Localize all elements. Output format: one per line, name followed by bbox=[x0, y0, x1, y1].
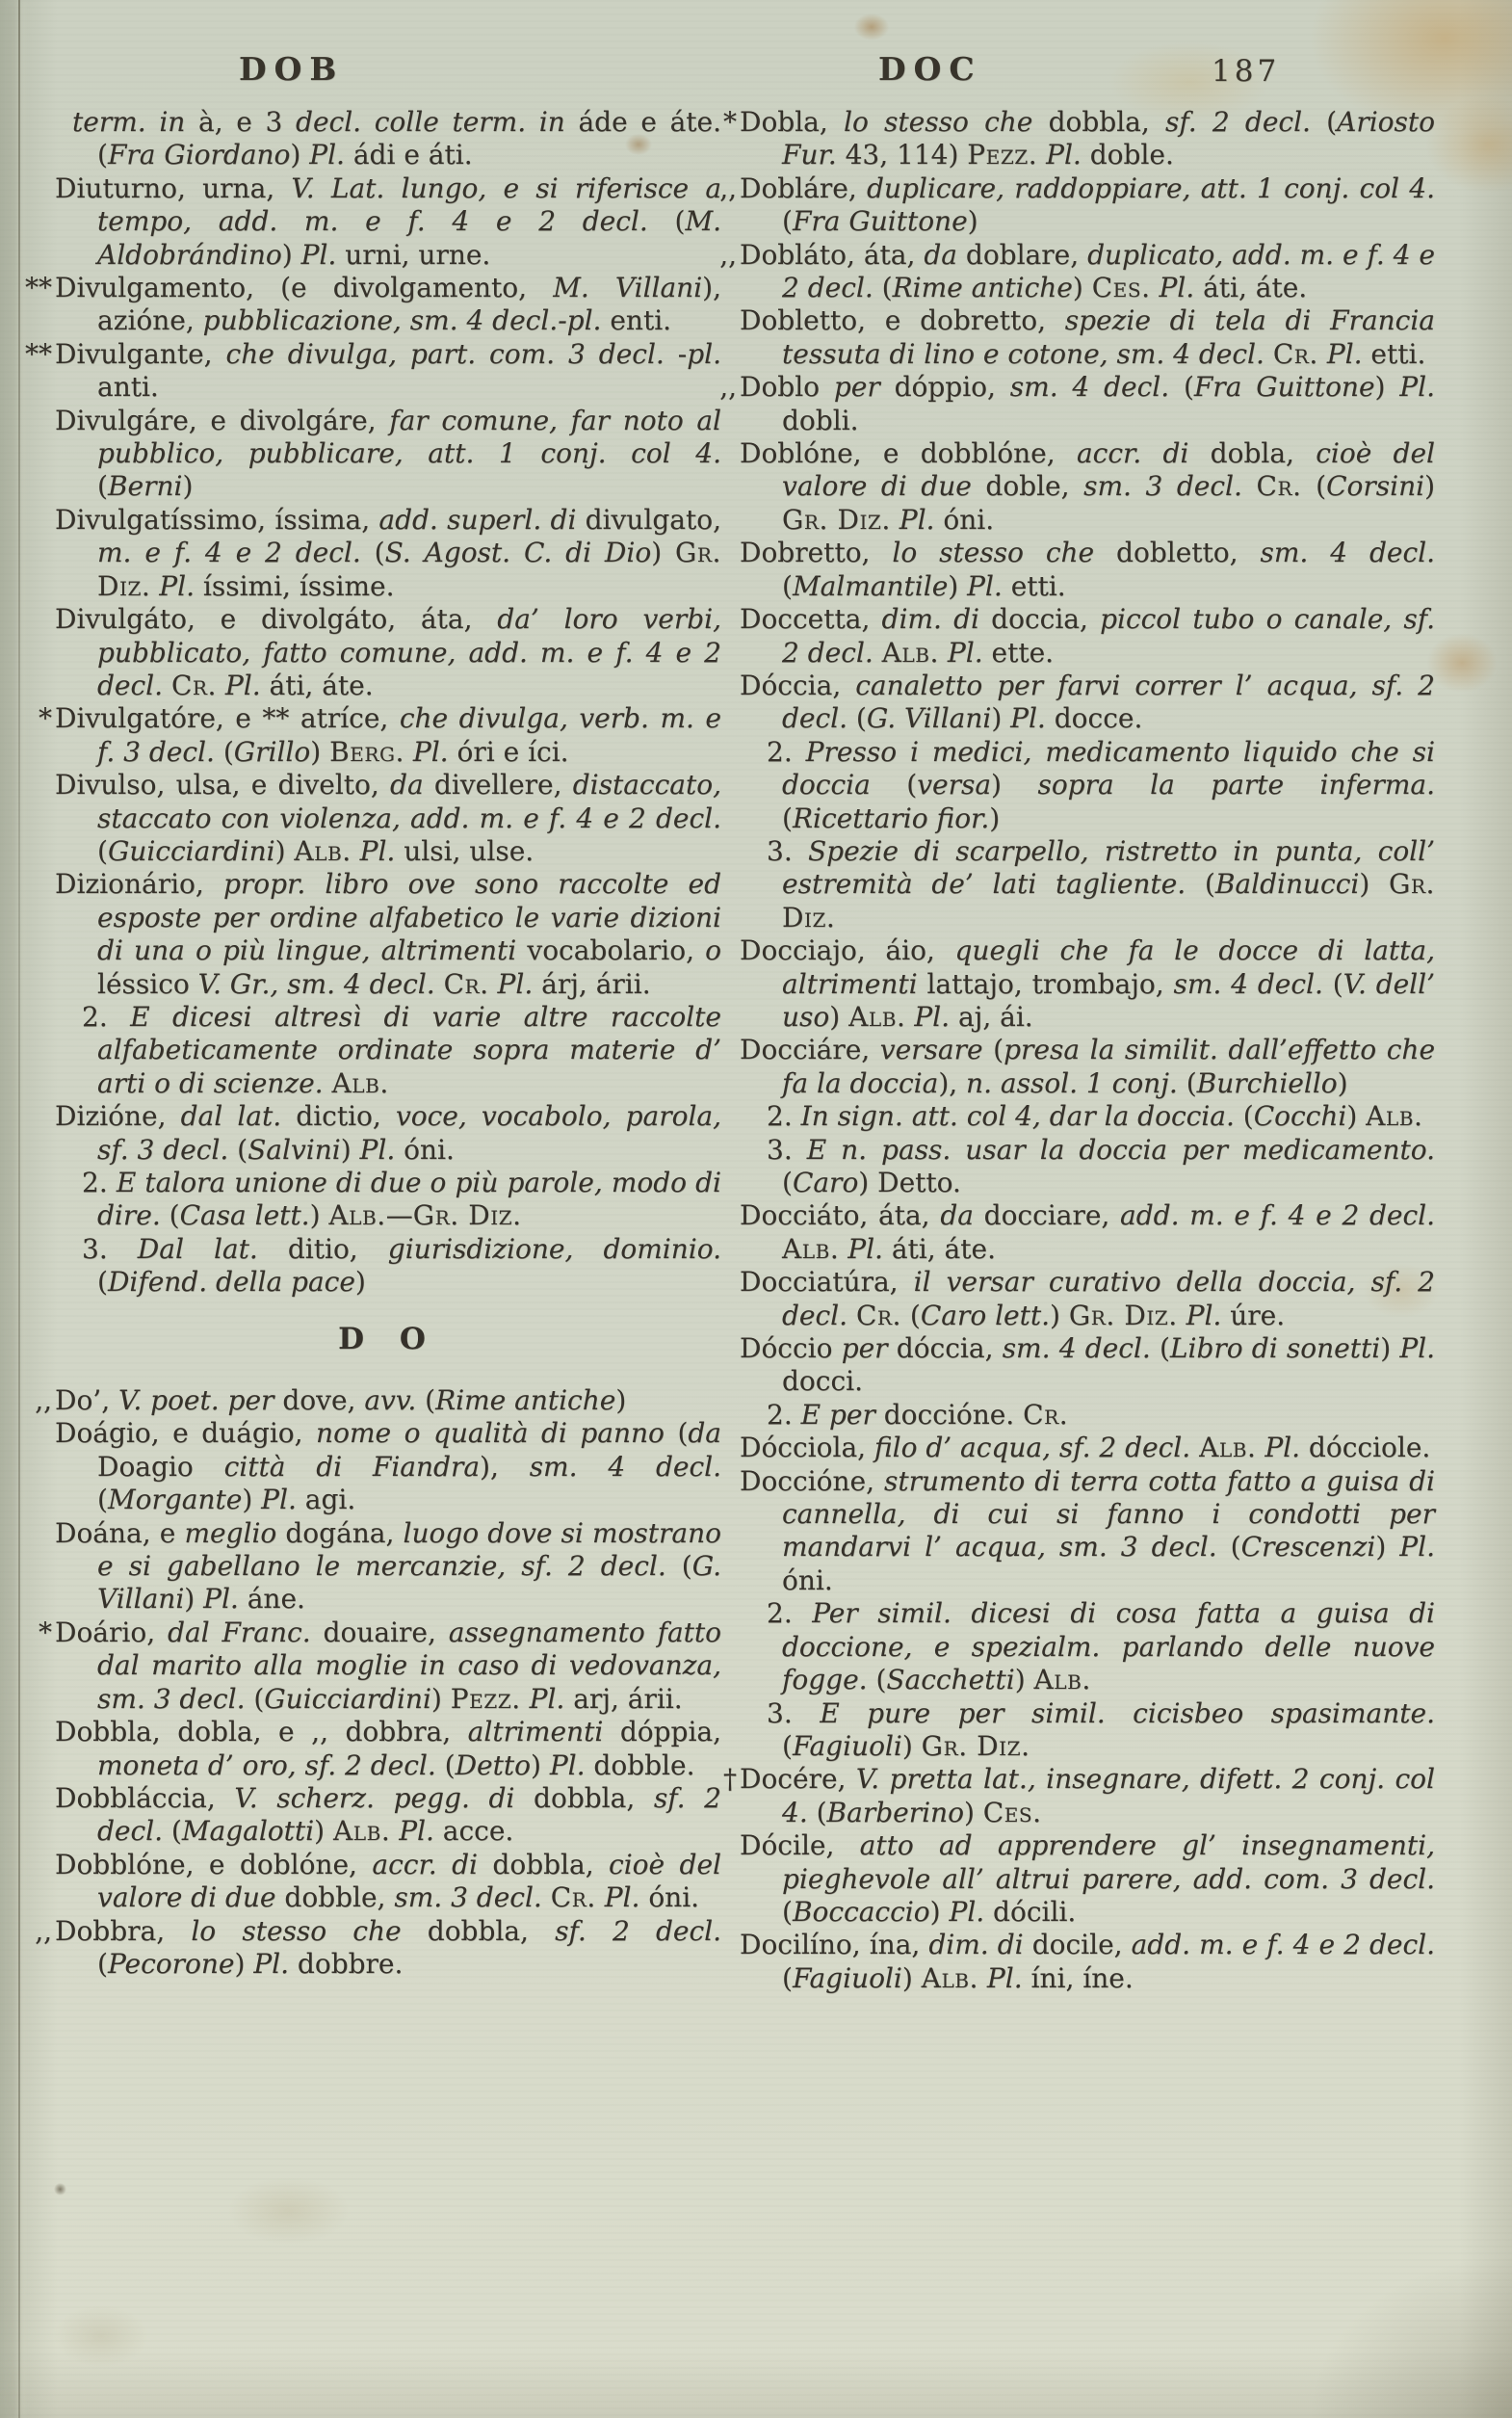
text-run: Doário, bbox=[55, 1616, 168, 1648]
definition-text: Dal lat. bbox=[138, 1233, 258, 1265]
headword-marker: ,, bbox=[719, 239, 740, 272]
text-run: ulsi, ulse. bbox=[395, 835, 534, 867]
text-run: ( bbox=[666, 1550, 692, 1582]
definition-text: Pl. bbox=[550, 1749, 586, 1781]
definition-text: Malmantile bbox=[793, 570, 948, 602]
text-run: Doagio bbox=[97, 1451, 224, 1483]
definition-text: lo stesso che bbox=[191, 1915, 401, 1947]
text-run: ( bbox=[983, 1034, 1004, 1065]
text-run bbox=[1190, 1432, 1199, 1463]
authority-abbrev: Gr. Diz. bbox=[413, 1199, 522, 1231]
authority-abbrev: Cr. bbox=[444, 968, 489, 1000]
definition-text: sopra la parte inferma. bbox=[1037, 769, 1435, 801]
authority-abbrev: Gr. Diz. bbox=[1069, 1300, 1178, 1331]
text-run: ) bbox=[310, 736, 329, 768]
definition-text: Pl. bbox=[1046, 139, 1082, 171]
definition-text: Guicciardini bbox=[264, 1683, 431, 1715]
definition-text: sm. 4 decl. bbox=[1260, 537, 1435, 568]
text-run: divulgato, bbox=[576, 504, 721, 536]
running-head-right: DOC bbox=[878, 50, 982, 88]
dictionary-entry: Doblóne, e dobblóne, accr. di dobla, cio… bbox=[740, 437, 1435, 537]
text-run: ( bbox=[782, 205, 793, 237]
text-run: ( bbox=[847, 702, 867, 734]
text-run: ( bbox=[782, 1730, 793, 1762]
definition-text: V. poet. per bbox=[118, 1384, 274, 1416]
text-run: ) bbox=[314, 1815, 333, 1847]
definition-text: giurisdizione, dominio. bbox=[388, 1233, 721, 1265]
text-run: Divulso, ulsa, e divelto, bbox=[55, 769, 390, 801]
definition-text: da bbox=[390, 769, 424, 801]
text-run: ( bbox=[215, 736, 234, 768]
text-run: — bbox=[386, 1199, 413, 1231]
text-run: divellere, bbox=[424, 769, 573, 801]
definition-text: Caro bbox=[793, 1167, 858, 1198]
text-run: Divulgamento, (e divolgamento, bbox=[55, 272, 553, 303]
text-run: dobbla, bbox=[478, 1849, 609, 1880]
text-run: ) bbox=[930, 1896, 950, 1928]
text-run: óni. bbox=[934, 504, 994, 536]
authority-abbrev: Cr. bbox=[856, 1300, 901, 1331]
text-run: à, e 3 bbox=[185, 106, 296, 138]
dictionary-entry: Docciáre, versare (presa la similit. dal… bbox=[740, 1034, 1435, 1100]
sense-paragraph: 2. Per simil. dicesi di cosa fatta a gui… bbox=[740, 1597, 1435, 1696]
text-run: ) bbox=[1424, 470, 1435, 502]
text-run: dobble. bbox=[586, 1749, 695, 1781]
definition-text: E per bbox=[801, 1399, 875, 1431]
dictionary-entry: Doccióne, strumento di terra cotta fatto… bbox=[740, 1465, 1435, 1598]
definition-text: Pl. bbox=[605, 1881, 640, 1913]
authority-abbrev: Berg. bbox=[329, 736, 404, 768]
text-run: ( bbox=[665, 1417, 688, 1449]
definition-text: Fagiuoli bbox=[793, 1962, 902, 1994]
text-run bbox=[435, 968, 444, 1000]
definition-text: E n. pass. usar la doccia per medicament… bbox=[807, 1134, 1435, 1166]
text-run: doble. bbox=[1082, 139, 1174, 171]
dictionary-entry: Doccetta, dim. di doccia, piccol tubo o … bbox=[740, 603, 1435, 670]
text-run: áti, áte. bbox=[883, 1233, 996, 1265]
dictionary-entry: Dócciola, filo d’ acqua, sf. 2 decl. Alb… bbox=[740, 1432, 1435, 1464]
text-run: Docciajo, áio, bbox=[740, 934, 954, 966]
text-run: ( bbox=[97, 1948, 108, 1980]
definition-text: G. Villani bbox=[867, 702, 991, 734]
text-run bbox=[596, 1881, 605, 1913]
text-run: dobbla, bbox=[514, 1782, 654, 1814]
definition-text: Morgante bbox=[108, 1484, 242, 1515]
text-run: ) bbox=[964, 1797, 983, 1828]
text-run: ( bbox=[436, 1749, 456, 1781]
text-run: ( bbox=[163, 1815, 182, 1847]
text-run: acce. bbox=[434, 1815, 513, 1847]
definition-text: atto ad apprendere gl’ insegnamenti, pie… bbox=[782, 1829, 1435, 1894]
text-run bbox=[891, 504, 899, 536]
text-run: ) bbox=[651, 537, 675, 568]
text-run: Divulgáre, e divolgáre, bbox=[55, 405, 389, 436]
text-run: Dóccia, bbox=[740, 670, 855, 701]
text-run: ) bbox=[184, 1583, 203, 1615]
text-run bbox=[1178, 1300, 1186, 1331]
text-run: Docére, bbox=[740, 1763, 856, 1795]
text-run: dogána, bbox=[276, 1517, 403, 1549]
definition-text: V. scherz. pegg. di bbox=[234, 1782, 514, 1814]
text-run bbox=[217, 670, 225, 701]
text-run: ) Detto. bbox=[858, 1167, 961, 1198]
definition-text: da bbox=[688, 1417, 721, 1449]
text-run: ( bbox=[808, 1797, 827, 1828]
text-run: ) bbox=[615, 1384, 626, 1416]
definition-text: Pl. bbox=[203, 1583, 239, 1615]
sense-paragraph: 2. In sign. att. col 4, dar la doccia. (… bbox=[740, 1100, 1435, 1133]
headword-marker: ** bbox=[25, 272, 55, 304]
text-run: óni. bbox=[639, 1881, 699, 1913]
text-run: óri e íci. bbox=[449, 736, 569, 768]
text-run: Dóccio bbox=[740, 1332, 842, 1364]
headword-marker: ,, bbox=[35, 1384, 55, 1417]
sense-paragraph: 3. Dal lat. ditio, giurisdizione, domini… bbox=[55, 1233, 721, 1300]
definition-text: Salvini bbox=[248, 1134, 341, 1166]
text-run: Divulgante, bbox=[55, 338, 226, 370]
definition-text: pl. bbox=[687, 338, 721, 370]
text-run: ( bbox=[1217, 1531, 1241, 1563]
text-run: ( bbox=[361, 537, 385, 568]
text-run: ( bbox=[1302, 470, 1327, 502]
definition-text: Fra Giordano bbox=[108, 139, 290, 171]
definition-text: duplicare, raddoppiare, att. 1 conj. col… bbox=[867, 172, 1435, 204]
dictionary-entry: Dóccio per dóccia, sm. 4 decl. (Libro di… bbox=[740, 1332, 1435, 1399]
text-run: ( bbox=[1178, 1067, 1197, 1099]
definition-text: Pl. bbox=[1264, 1432, 1300, 1463]
text-run: douaire, bbox=[311, 1616, 449, 1648]
dictionary-entry: ,,Dobláto, áta, da doblare, duplicato, a… bbox=[740, 239, 1435, 305]
dictionary-entry: Dobbla, dobla, e ,, dobbra, altrimenti d… bbox=[55, 1716, 721, 1782]
definition-text: Casa lett. bbox=[180, 1199, 310, 1231]
text-run: docile, bbox=[1024, 1929, 1132, 1960]
text-run: ) bbox=[431, 1683, 451, 1715]
text-run: ) bbox=[182, 470, 193, 502]
text-run bbox=[1318, 338, 1327, 370]
text-run: Dócciola, bbox=[740, 1432, 874, 1463]
text-run bbox=[352, 835, 360, 867]
text-run: ) bbox=[989, 802, 1000, 834]
dictionary-entry: †Docére, V. pretta lat., insegnare, dife… bbox=[740, 1763, 1435, 1829]
text-run: anti. bbox=[97, 371, 159, 403]
text-run: Doágio, e duágio, bbox=[55, 1417, 316, 1449]
text-run: Do’, bbox=[55, 1384, 118, 1416]
definition-text: decl. colle term. in bbox=[296, 106, 565, 138]
definition-text: term. in bbox=[72, 106, 185, 138]
authority-abbrev: Alb. bbox=[333, 1815, 390, 1847]
authority-abbrev: Cr. bbox=[1023, 1399, 1068, 1431]
text-run: ( bbox=[228, 1134, 248, 1166]
definition-text: n. assol. 1 conj. bbox=[966, 1067, 1178, 1099]
text-run: 2. bbox=[767, 736, 806, 768]
text-run bbox=[542, 1881, 551, 1913]
text-run: óni. bbox=[782, 1564, 833, 1596]
sense-paragraph: 2. E talora unione di due o più parole, … bbox=[55, 1167, 721, 1233]
running-head-left: DOB bbox=[239, 50, 344, 88]
text-run: ) bbox=[1338, 1067, 1348, 1099]
definition-text: Caro lett. bbox=[921, 1300, 1050, 1331]
dictionary-entry: Docciajo, áio, quegli che fa le docce di… bbox=[740, 934, 1435, 1034]
definition-text: Pl. bbox=[987, 1962, 1023, 1994]
definition-text: Pl. bbox=[360, 835, 396, 867]
definition-text: Pl. bbox=[309, 139, 345, 171]
definition-text: sm. 4 decl. bbox=[1174, 968, 1323, 1000]
text-run: Docciatúra, bbox=[740, 1266, 914, 1298]
headword-marker: ** bbox=[25, 338, 55, 371]
text-run bbox=[873, 637, 882, 669]
sense-paragraph: 3. E n. pass. usar la doccia per medicam… bbox=[740, 1134, 1435, 1200]
text-run: ) bbox=[1050, 1300, 1069, 1331]
text-run: docciare, bbox=[974, 1199, 1120, 1231]
text-run: lattajo, trombajo, bbox=[918, 968, 1174, 1000]
text-run: Dócile, bbox=[740, 1829, 860, 1861]
text-run: ) bbox=[968, 205, 978, 237]
text-run: Dobbláccia, bbox=[55, 1782, 234, 1814]
definition-text: Pl. bbox=[1159, 272, 1194, 303]
text-run: ) bbox=[948, 570, 967, 602]
text-run: enti. bbox=[601, 304, 671, 336]
definition-text: accr. di bbox=[1077, 437, 1188, 469]
definition-text: Rime antiche bbox=[893, 272, 1073, 303]
text-run: ( bbox=[782, 1896, 793, 1928]
text-run: ) bbox=[902, 1730, 922, 1762]
text-run: Doblo bbox=[740, 371, 834, 403]
dictionary-entry: Doágio, e duágio, nome o qualità di pann… bbox=[55, 1417, 721, 1516]
text-run: ( bbox=[901, 1300, 921, 1331]
section-heading: D O bbox=[55, 1323, 721, 1355]
headword-marker: * bbox=[39, 1616, 55, 1649]
text-run: ) bbox=[242, 1484, 261, 1515]
text-run: aj, ái. bbox=[950, 1001, 1033, 1033]
dictionary-entry: Divulgáto, e divolgáto, áta, da’ loro ve… bbox=[55, 603, 721, 702]
text-run: ( bbox=[868, 1664, 887, 1695]
headword-marker: ,, bbox=[719, 371, 740, 404]
definition-text: Pl. bbox=[948, 637, 983, 669]
definition-text: sf. 2 decl. bbox=[555, 1915, 721, 1947]
text-run: Divulgáto, e divolgáto, áta, bbox=[55, 603, 497, 635]
dictionary-entry: Docilíno, ína, dim. di docile, add. m. e… bbox=[740, 1929, 1435, 1995]
definition-text: sm. 4 decl. bbox=[1003, 1332, 1151, 1364]
ink-speck bbox=[54, 2183, 66, 2195]
authority-abbrev: Alb. bbox=[1034, 1664, 1091, 1695]
definition-text: per bbox=[834, 371, 880, 403]
text-run: 3. bbox=[767, 1134, 807, 1166]
definition-text: Sacchetti bbox=[886, 1664, 1014, 1695]
definition-text: Fra Guittone bbox=[793, 205, 968, 237]
definition-text: Difend. della pace bbox=[108, 1266, 355, 1298]
text-run: dócili. bbox=[984, 1896, 1076, 1928]
text-run bbox=[1037, 139, 1046, 171]
text-run: dócciole. bbox=[1300, 1432, 1430, 1463]
text-run: dobla, bbox=[1188, 437, 1316, 469]
text-run: Divulgatóre, e ** atríce, bbox=[55, 702, 400, 734]
definition-text: add. m. e f. 4 e 2 decl. bbox=[1120, 1199, 1435, 1231]
definition-text: nome o qualità di panno bbox=[316, 1417, 665, 1449]
definition-text: dim. di bbox=[882, 603, 979, 635]
text-run: ádi e áti. bbox=[345, 139, 473, 171]
definition-text: Pl. bbox=[1399, 1531, 1435, 1563]
authority-abbrev: Cr. bbox=[171, 670, 217, 701]
definition-text: In sign. att. col 4, dar la doccia. bbox=[801, 1100, 1235, 1132]
text-run: D O bbox=[338, 1322, 438, 1356]
text-run bbox=[150, 570, 159, 602]
text-run: dove, bbox=[274, 1384, 364, 1416]
text-run bbox=[978, 1962, 987, 1994]
text-run: dobbre. bbox=[289, 1948, 403, 1980]
authority-abbrev: Alb. bbox=[294, 835, 351, 867]
text-run: áne. bbox=[239, 1583, 305, 1615]
sense-paragraph: 3. Spezie di scarpello, ristretto in pun… bbox=[740, 835, 1435, 934]
text-run: ( bbox=[97, 470, 108, 502]
sense-paragraph: 2. E dicesi altresì di varie altre racco… bbox=[55, 1001, 721, 1100]
text-run: vocabolario, bbox=[516, 934, 705, 966]
dictionary-entry: Diuturno, urna, V. Lat. lungo, e si rife… bbox=[55, 172, 721, 272]
definition-text: per bbox=[842, 1332, 888, 1364]
dictionary-entry: *Doário, dal Franc. douaire, assegnament… bbox=[55, 1616, 721, 1716]
definition-text: Pl. bbox=[847, 1233, 883, 1265]
text-run: ( bbox=[97, 1266, 108, 1298]
sense-paragraph: 2. Presso i medici, medicamento liquido … bbox=[740, 736, 1435, 835]
text-run: Dobláto, áta, bbox=[740, 239, 924, 271]
definition-text: meglio bbox=[184, 1517, 276, 1549]
text-run: dobletto, bbox=[1094, 537, 1260, 568]
text-run: ( bbox=[871, 769, 917, 801]
text-run: dobli. bbox=[782, 405, 859, 436]
text-run: ) bbox=[1015, 1664, 1034, 1695]
text-run: Dobretto, bbox=[740, 537, 892, 568]
definition-text: Magalotti bbox=[182, 1815, 314, 1847]
text-run: ( bbox=[97, 835, 108, 867]
authority-abbrev: Alb. bbox=[848, 1001, 905, 1033]
text-run: íni, íne. bbox=[1023, 1962, 1134, 1994]
text-run: doccióne. bbox=[875, 1399, 1023, 1431]
text-run bbox=[939, 637, 948, 669]
text-run: Dobletto, e dobretto, bbox=[740, 304, 1065, 336]
dictionary-entry: Doána, e meglio dogána, luogo dove si mo… bbox=[55, 1517, 721, 1616]
definition-text: Burchiello bbox=[1197, 1067, 1338, 1099]
page: DOB DOC 187 term. in à, e 3 decl. colle … bbox=[0, 0, 1512, 2418]
text-run: úre. bbox=[1221, 1300, 1285, 1331]
text-run: ( bbox=[1151, 1332, 1170, 1364]
definition-text: Grillo bbox=[234, 736, 310, 768]
authority-abbrev: Cr. bbox=[1257, 470, 1302, 502]
authority-abbrev: Alb. bbox=[782, 1233, 839, 1265]
definition-text: versa bbox=[917, 769, 991, 801]
definition-text: sf. 2 decl. bbox=[1165, 106, 1311, 138]
definition-text: add. m. e f. 4 e 2 decl. bbox=[1132, 1929, 1435, 1960]
text-run bbox=[163, 670, 171, 701]
authority-abbrev: Alb. bbox=[331, 1067, 388, 1099]
headword-marker: ,, bbox=[719, 172, 740, 205]
authority-abbrev: Pezz. bbox=[451, 1683, 521, 1715]
definition-text: Pl. bbox=[967, 570, 1003, 602]
text-run: etti. bbox=[1003, 570, 1066, 602]
definition-text: sm. 4 decl. bbox=[1010, 371, 1169, 403]
dictionary-entry: Dobbláccia, V. scherz. pegg. di dobbla, … bbox=[55, 1782, 721, 1849]
definition-text: Rime antiche bbox=[435, 1384, 615, 1416]
text-run: ( bbox=[161, 1199, 180, 1231]
dictionary-entry: Dóccia, canaletto per farvi correr l’ ac… bbox=[740, 670, 1435, 736]
text-run bbox=[390, 1815, 399, 1847]
continuation-paragraph: term. in à, e 3 decl. colle term. in áde… bbox=[55, 106, 721, 172]
text-run: ette. bbox=[983, 637, 1054, 669]
definition-text: Pl. bbox=[261, 1484, 297, 1515]
text-run: ) bbox=[290, 139, 309, 171]
text-run: ) bbox=[1375, 1531, 1399, 1563]
sense-paragraph: 2. E per doccióne. Cr. bbox=[740, 1399, 1435, 1432]
definition-text: S. Agost. C. di Dio bbox=[385, 537, 652, 568]
authority-abbrev: Alb. bbox=[1366, 1100, 1422, 1132]
text-run: ( bbox=[1186, 868, 1215, 900]
text-run: docci. bbox=[782, 1365, 863, 1397]
authority-abbrev: Cr. bbox=[1273, 338, 1318, 370]
text-run: dictio, bbox=[281, 1100, 396, 1132]
definition-text: Boccaccio bbox=[793, 1896, 930, 1928]
definition-text: città di Fiandra bbox=[224, 1451, 480, 1483]
definition-text: Libro di sonetti bbox=[1170, 1332, 1380, 1364]
text-run: léssico bbox=[97, 968, 198, 1000]
authority-abbrev: Pezz. bbox=[967, 139, 1037, 171]
definition-text: dim. di bbox=[928, 1929, 1023, 1960]
definition-text: pubblicazione, sm. 4 decl.-pl. bbox=[203, 304, 602, 336]
text-run: ) bbox=[1380, 1332, 1399, 1364]
text-run: 2. bbox=[767, 1597, 812, 1629]
authority-abbrev: Ces. bbox=[1092, 272, 1151, 303]
page-gutter-edge bbox=[18, 0, 20, 2418]
text-run: ) bbox=[829, 1001, 848, 1033]
authority-abbrev: Alb. bbox=[328, 1199, 385, 1231]
text-run: Dizionário, bbox=[55, 868, 223, 900]
text-run: Docilíno, ína, bbox=[740, 1929, 928, 1960]
text-run: dobbla, bbox=[402, 1915, 556, 1947]
dictionary-entry: Dobblóne, e doblóne, accr. di dobbla, ci… bbox=[55, 1849, 721, 1915]
text-run: ( bbox=[782, 802, 793, 834]
definition-text: E dicesi altresì di varie altre raccolte… bbox=[97, 1001, 721, 1099]
definition-text: m. e f. 4 e 2 decl. bbox=[97, 537, 361, 568]
definition-text: versare bbox=[880, 1034, 983, 1065]
dictionary-entry: Docciatúra, il versar curativo della doc… bbox=[740, 1266, 1435, 1332]
text-run: dobbla, bbox=[1032, 106, 1165, 138]
definition-text: avv. bbox=[364, 1384, 416, 1416]
text-run: ) bbox=[1073, 272, 1092, 303]
text-run: - bbox=[665, 338, 687, 370]
dictionary-entry: Docciáto, áta, da docciare, add. m. e f.… bbox=[740, 1199, 1435, 1266]
definition-text: altrimenti bbox=[468, 1716, 604, 1748]
definition-text: accr. di bbox=[372, 1849, 478, 1880]
text-run: íssimi, íssime. bbox=[195, 570, 395, 602]
definition-text: o bbox=[705, 934, 721, 966]
definition-text: Barberino bbox=[827, 1797, 964, 1828]
text-run: Doccióne, bbox=[740, 1465, 884, 1497]
text-run: áti, áte. bbox=[1194, 272, 1307, 303]
definition-text: Pl. bbox=[914, 1001, 950, 1033]
text-run: ( bbox=[1323, 968, 1343, 1000]
definition-text: dal lat. bbox=[181, 1100, 282, 1132]
text-run: ) bbox=[1375, 371, 1400, 403]
definition-text: Pl. bbox=[1327, 338, 1363, 370]
definition-text: Pl. bbox=[1010, 702, 1046, 734]
text-run: Divulgatíssimo, íssima, bbox=[55, 504, 378, 536]
definition-text: Pl. bbox=[225, 670, 261, 701]
text-run: Dizióne, bbox=[55, 1100, 181, 1132]
dictionary-entry: **Divulgamento, (e divolgamento, M. Vill… bbox=[55, 272, 721, 338]
definition-text: lo stesso che bbox=[892, 537, 1094, 568]
dictionary-entry: Dizionário, propr. libro ove sono raccol… bbox=[55, 868, 721, 1001]
definition-text: Cocchi bbox=[1254, 1100, 1347, 1132]
text-run: ( bbox=[245, 1683, 264, 1715]
authority-abbrev: Alb. bbox=[882, 637, 939, 669]
definition-text: sm. 3 decl. bbox=[394, 1881, 541, 1913]
